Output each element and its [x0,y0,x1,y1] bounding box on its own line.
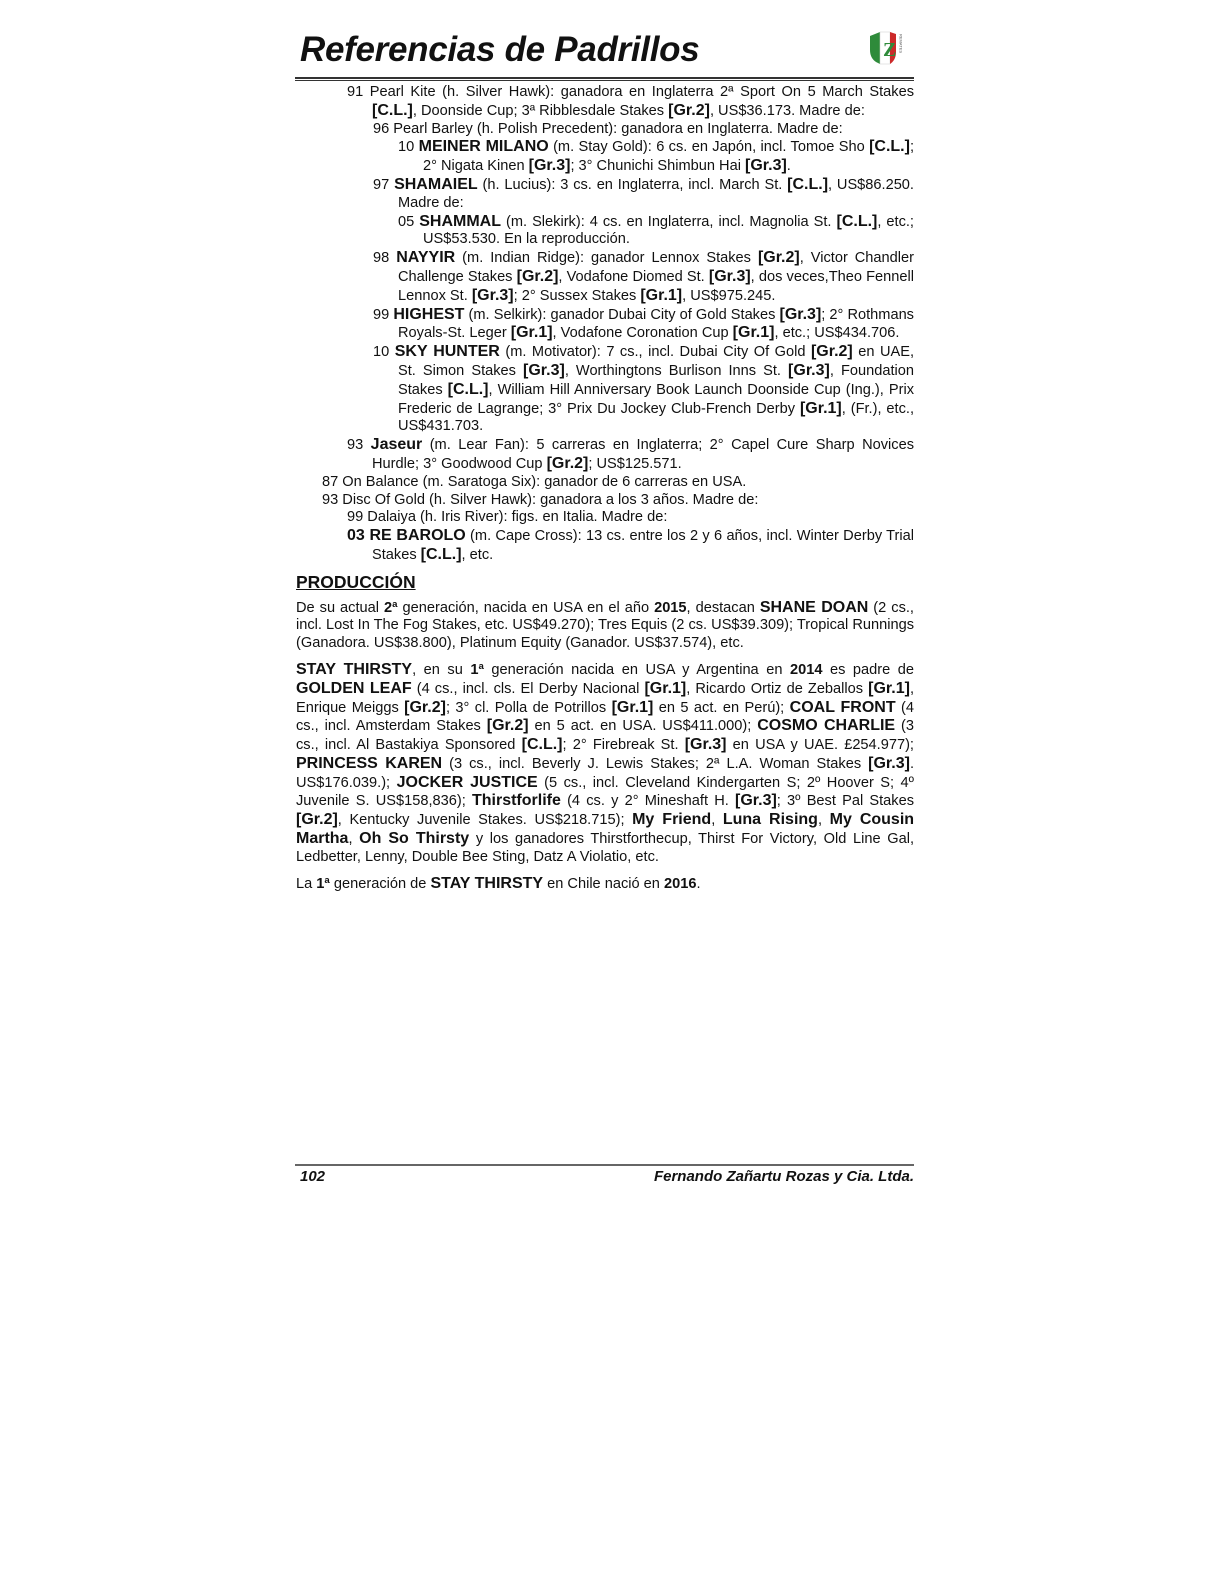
text-run: en Chile nació en [543,876,664,892]
text-run: generación nacida en USA y Argentina en [484,662,790,678]
text-run: , Worthingtons Burlison Inns St. [565,363,788,379]
text-run: generación de [330,876,431,892]
race-grade: [C.L.] [421,546,462,563]
race-grade: [C.L.] [869,138,910,155]
race-grade: [Gr.3] [745,157,787,174]
race-grade: [Gr.2] [547,455,589,472]
horse-name: Luna Rising [723,811,818,828]
race-grade: [Gr.2] [487,717,529,734]
race-grade: [Gr.2] [668,102,710,119]
race-grade: [Gr.3] [709,268,751,285]
text-run: , destacan [687,600,760,616]
pedigree-entry: 87 On Balance (m. Saratoga Six): ganador… [296,474,914,492]
horse-name: GOLDEN LEAF [296,680,412,697]
horse-name: COSMO CHARLIE [757,717,895,734]
text-run: ; 2° Firebreak St. [562,737,684,753]
text-run: ; 3º Best Pal Stakes [777,793,914,809]
pedigree-entry: 99 HIGHEST (m. Selkirk): ganador Dubai C… [296,306,914,344]
horse-name: SHANE DOAN [760,599,869,616]
text-run: , en su [412,662,470,678]
text-run: , Vodafone Diomed St. [558,269,708,285]
horse-name: Jaseur [371,436,423,453]
emphasis: 2ª [384,600,398,616]
race-grade: [Gr.3] [472,287,514,304]
text-run: (h. Lucius): 3 cs. en Inglaterra, incl. … [478,177,788,193]
horse-name: JOCKER JUSTICE [397,774,538,791]
pedigree-entry: 98 NAYYIR (m. Indian Ridge): ganador Len… [296,249,914,305]
race-grade: [C.L.] [787,176,828,193]
race-grade: [C.L.] [836,213,877,230]
horse-name: 03 RE BAROLO [347,527,466,544]
text-run: ; US$125.571. [588,456,681,472]
document-body: 91 Pearl Kite (h. Silver Hawk): ganadora… [296,84,914,893]
pedigree-entry: 05 SHAMMAL (m. Slekirk): 4 cs. en Inglat… [296,213,914,250]
text-run: 93 Disc Of Gold (h. Silver Hawk): ganado… [322,492,758,508]
text-run: (3 cs., incl. Beverly J. Lewis Stakes; 2… [442,756,868,772]
pedigree-list: 91 Pearl Kite (h. Silver Hawk): ganadora… [296,84,914,565]
horse-name: My Friend [632,811,711,828]
race-grade: [Gr.3] [529,157,571,174]
horse-name: SHAMAIEL [394,176,478,193]
pedigree-entry: 99 Dalaiya (h. Iris River): figs. en Ita… [296,509,914,527]
horse-name: NAYYIR [396,249,455,266]
race-grade: [Gr.3] [779,306,821,323]
text-run: , etc.; US$434.706. [774,325,899,341]
production-paragraph: La 1ª generación de STAY THIRSTY en Chil… [296,875,914,894]
horse-name: SKY HUNTER [395,343,500,360]
emphasis: 2014 [790,662,822,678]
race-grade: [Gr.1] [511,324,553,341]
horse-name: PRINCESS KAREN [296,755,442,772]
text-run: ; 3° Chunichi Shimbun Hai [570,158,745,174]
race-grade: [Gr.1] [868,680,910,697]
text-run: 87 On Balance (m. Saratoga Six): ganador… [322,474,746,490]
text-run: 05 [398,214,419,230]
text-run: 10 [373,344,395,360]
race-grade: [Gr.3] [685,736,727,753]
race-grade: [Gr.1] [612,699,654,716]
text-run: La [296,876,316,892]
race-grade: [Gr.2] [758,249,800,266]
text-run: generación, nacida en USA en el año [398,600,655,616]
text-run: 97 [373,177,394,193]
page-title: Referencias de Padrillos [300,30,699,70]
horse-name: SHAMMAL [419,213,501,230]
text-run: ; 2° Sussex Stakes [514,288,641,304]
pedigree-entry: 97 SHAMAIEL (h. Lucius): 3 cs. en Inglat… [296,176,914,213]
text-run: De su actual [296,600,384,616]
zanartu-remates-logo-icon: Z REMATES [866,30,906,66]
page-number: 102 [300,1168,325,1185]
pedigree-entry: 91 Pearl Kite (h. Silver Hawk): ganadora… [296,84,914,121]
text-run: en 5 act. en Perú); [653,700,789,716]
text-run: (4 cs. y 2° Mineshaft H. [561,793,735,809]
horse-name: STAY THIRSTY [430,875,543,892]
horse-name: COAL FRONT [790,699,896,716]
race-grade: [Gr.2] [811,343,853,360]
text-run: (4 cs., incl. cls. El Derby Nacional [412,681,645,697]
text-run: , [711,812,723,828]
emphasis: 2015 [654,600,686,616]
text-run: (m. Stay Gold): 6 cs. en Japón, incl. To… [549,139,869,155]
emphasis: 2016 [664,876,696,892]
production-paragraph: De su actual 2ª generación, nacida en US… [296,599,914,653]
horse-name: Thirstforlife [472,792,561,809]
text-run: 93 [347,437,371,453]
pedigree-entry: 10 SKY HUNTER (m. Motivator): 7 cs., inc… [296,343,914,436]
text-run: (m. Motivator): 7 cs., incl. Dubai City … [500,344,811,360]
emphasis: 1ª [470,662,484,678]
text-run: (m. Indian Ridge): ganador Lennox Stakes [455,250,758,266]
pedigree-entry: 03 RE BAROLO (m. Cape Cross): 13 cs. ent… [296,527,914,565]
text-run: 10 [398,139,419,155]
production-section: De su actual 2ª generación, nacida en US… [296,599,914,894]
text-run: 99 [373,307,393,323]
race-grade: [C.L.] [448,381,489,398]
horse-name: STAY THIRSTY [296,661,412,678]
text-run: , Vodafone Coronation Cup [553,325,733,341]
text-run: es padre de [822,662,914,678]
text-run: , [818,812,830,828]
text-run: ; 3° cl. Polla de Potrillos [446,700,612,716]
race-grade: [Gr.3] [868,755,910,772]
text-run: 98 [373,250,396,266]
race-grade: [Gr.2] [517,268,559,285]
race-grade: [Gr.1] [733,324,775,341]
race-grade: [Gr.3] [735,792,777,809]
text-run: , US$975.245. [682,288,775,304]
text-run: . [696,876,700,892]
race-grade: [Gr.2] [296,811,338,828]
text-run: 96 Pearl Barley (h. Polish Precedent): g… [373,121,843,137]
text-run: , US$36.173. Madre de: [710,103,865,119]
pedigree-entry: 10 MEINER MILANO (m. Stay Gold): 6 cs. e… [296,138,914,176]
text-run: 99 Dalaiya (h. Iris River): figs. en Ita… [347,509,667,525]
text-run: , etc. [462,547,494,563]
text-run: en USA y UAE. £254.977); [727,737,915,753]
text-run: 91 Pearl Kite (h. Silver Hawk): ganadora… [347,84,914,100]
pedigree-entry: 96 Pearl Barley (h. Polish Precedent): g… [296,121,914,139]
race-grade: [Gr.1] [800,400,842,417]
footer-company: Fernando Zañartu Rozas y Cia. Ltda. [654,1168,914,1185]
text-run: , Ricardo Ortiz de Zeballos [686,681,868,697]
race-grade: [C.L.] [372,102,413,119]
header-rule [295,77,914,81]
text-run: (m. Selkirk): ganador Dubai City of Gold… [464,307,779,323]
text-run: en 5 act. en USA. US$411.000); [529,718,758,734]
horse-name: Oh So Thirsty [359,830,469,847]
text-run: (m. Slekirk): 4 cs. en Inglaterra, incl.… [501,214,836,230]
race-grade: [Gr.1] [644,680,686,697]
race-grade: [Gr.3] [523,362,565,379]
race-grade: [Gr.1] [640,287,682,304]
horse-name: MEINER MILANO [419,138,549,155]
svg-text:Z: Z [883,39,896,61]
text-run: , [348,831,359,847]
footer-rule [295,1164,914,1166]
horse-name: HIGHEST [393,306,464,323]
pedigree-entry: 93 Jaseur (m. Lear Fan): 5 carreras en I… [296,436,914,474]
section-heading-produccion: PRODUCCIÓN [296,574,914,592]
text-run: , Kentucky Juvenile Stakes. US$218.715); [338,812,632,828]
race-grade: [C.L.] [522,736,563,753]
race-grade: [Gr.2] [404,699,446,716]
text-run: , Doonside Cup; 3ª Ribblesdale Stakes [413,103,668,119]
svg-text:REMATES: REMATES [899,34,904,53]
production-paragraph: STAY THIRSTY, en su 1ª generación nacida… [296,661,914,867]
emphasis: 1ª [316,876,330,892]
text-run: . [787,158,791,174]
pedigree-entry: 93 Disc Of Gold (h. Silver Hawk): ganado… [296,492,914,510]
race-grade: [Gr.3] [788,362,830,379]
